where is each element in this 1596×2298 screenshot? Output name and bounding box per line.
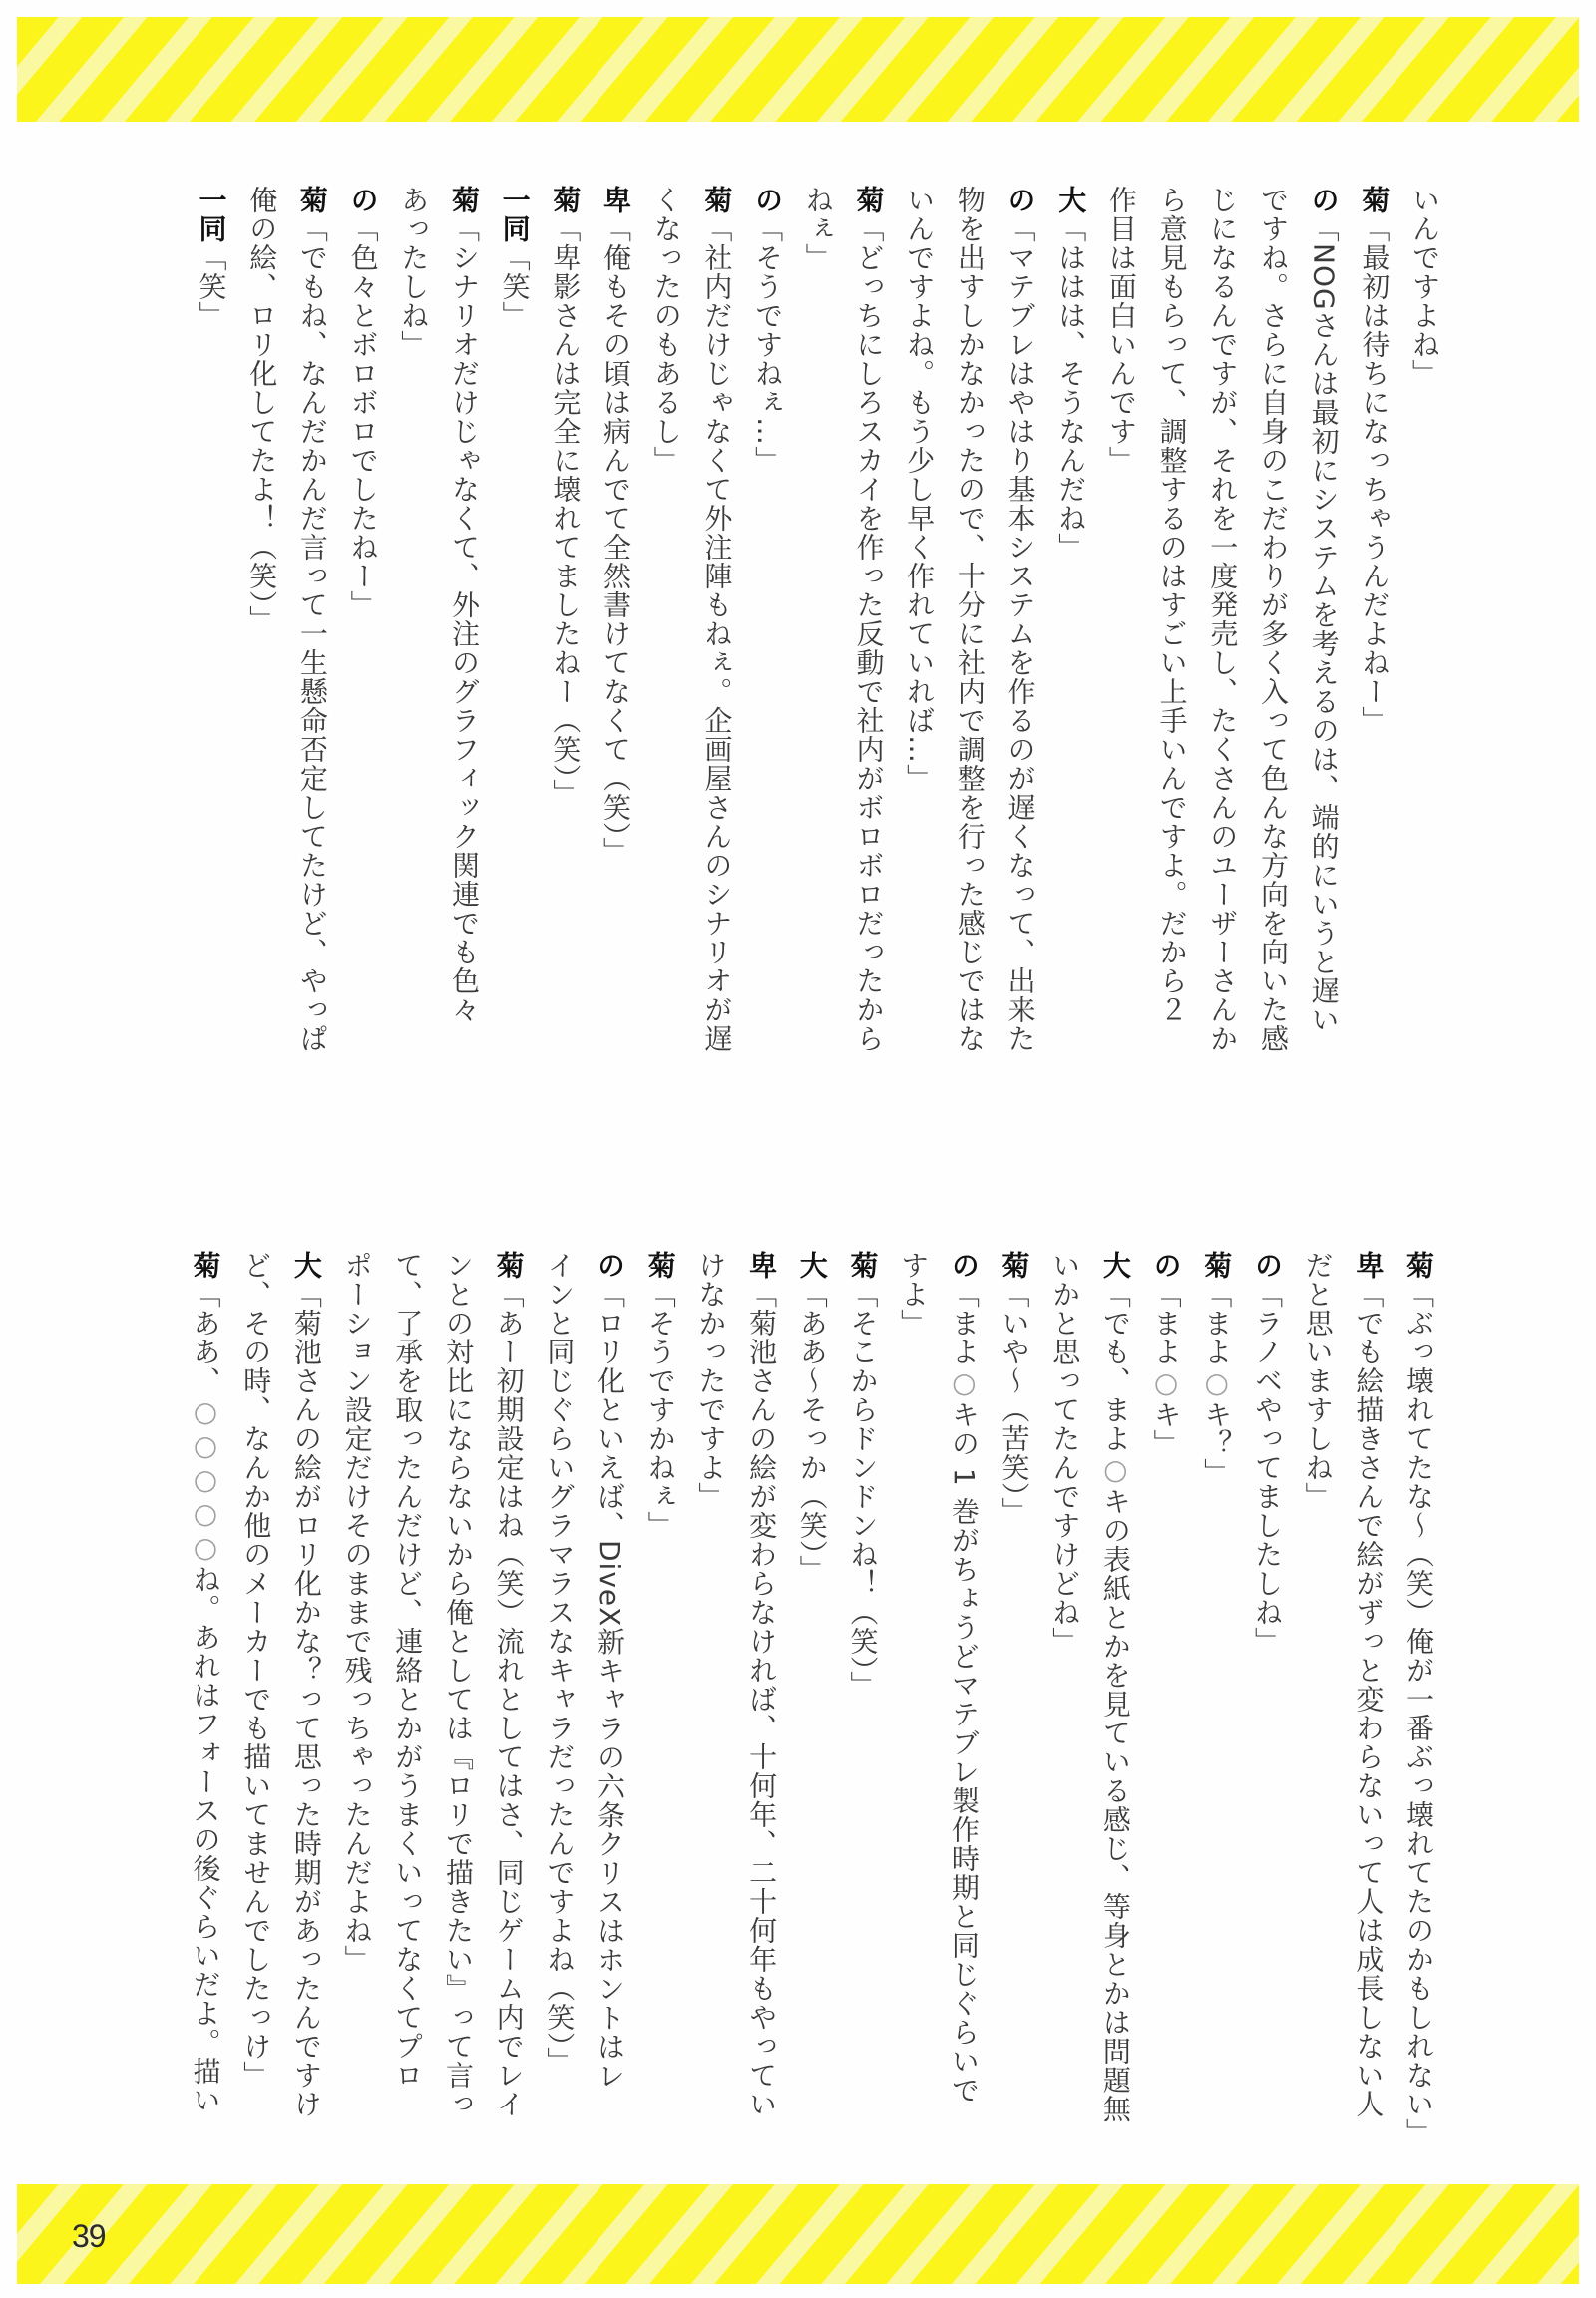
- dialogue-text: 「ラノベやってましたしね」: [1251, 1280, 1284, 1656]
- dialogue-text: 「ああ、: [190, 1280, 222, 1395]
- speaker-label: 菊: [700, 186, 733, 214]
- speaker-label: 卑: [745, 1251, 778, 1280]
- speaker-label: 一同: [499, 186, 532, 243]
- dialogue-block-bottom: 菊「ぶっ壊れてたな～（笑）俺が一番ぶっ壊れてたのかもしれない」 卑「でも絵描きさ…: [180, 1251, 1443, 2128]
- speaker-label: の: [948, 1251, 981, 1280]
- dialogue-column: じになるんですが、それを一度発売し、たくさんのユーザーさんか: [1197, 186, 1248, 1063]
- dialogue-column: 菊「そうですかねぇ」: [634, 1251, 685, 2128]
- dialogue-text: あったしね」: [397, 186, 430, 359]
- dialogue-column: ど、その時、なんか他のメーカーでも描いてませんでしたっけ」: [230, 1251, 281, 2128]
- dialogue-column: 卑「菊池さんの絵が変わらなければ、十何年、二十何年もやってい: [735, 1251, 786, 2128]
- speaker-label: 菊: [190, 1251, 222, 1280]
- speaker-label: 菊: [1200, 1251, 1233, 1280]
- dialogue-column: 菊「いや～（苦笑）」: [989, 1251, 1039, 2128]
- dialogue-column: の「ロリ化といえば、DiveX新キャラの六条クリスはホントはレ: [584, 1251, 634, 2128]
- dialogue-text: 「笑」: [499, 243, 532, 330]
- censored-mark: ○: [1200, 1366, 1233, 1400]
- dialogue-text: 「笑」: [196, 243, 228, 330]
- speaker-label: の: [1150, 1251, 1183, 1280]
- dialogue-text: 「でも、まよ: [1099, 1280, 1132, 1453]
- dialogue-text: 「ああ～そっか（笑）」: [796, 1280, 829, 1584]
- dialogue-column: いんですよね」: [1398, 186, 1449, 1063]
- dialogue-text: いかと思ってたんですけどね」: [1048, 1251, 1081, 1656]
- dialogue-text: 「社内だけじゃなくて外注陣もねぇ。企画屋さんのシナリオが遅: [700, 214, 733, 1053]
- dialogue-text: 「まよ: [948, 1280, 981, 1366]
- speaker-label: の: [1004, 186, 1037, 214]
- speaker-label: 大: [290, 1251, 323, 1280]
- dialogue-text: 「そうですねぇ…」: [751, 214, 784, 475]
- dialogue-text: ら意見もらって、調整するのはすごい上手いんですよ。だから２: [1156, 186, 1189, 1024]
- dialogue-text: 「最初は待ちになっちゃうんだよねー」: [1358, 214, 1391, 735]
- censored-mark: ○: [948, 1366, 981, 1400]
- dialogue-column: 一同「笑」: [186, 186, 236, 1063]
- dialogue-column: ポーション設定だけそのままで残っちゃったんだよね」: [331, 1251, 382, 2128]
- dialogue-text: だと思いますしね」: [1302, 1251, 1335, 1511]
- dialogue-text: キ？」: [1200, 1400, 1233, 1487]
- dialogue-column: インと同じぐらいグラマラスなキャラだったんですよね（笑）」: [534, 1251, 585, 2128]
- dialogue-column: て、了承を取ったんだけど、連絡とかがうまくいってなくてプロ: [382, 1251, 433, 2128]
- speaker-label: の: [594, 1251, 626, 1280]
- dialogue-text: けなかったですよ」: [694, 1251, 727, 1511]
- speaker-label: 菊: [852, 186, 885, 214]
- dialogue-text: ねぇ」: [802, 186, 835, 272]
- dialogue-text: 「卑影さんは完全に壊れてましたねー（笑）」: [549, 214, 582, 808]
- dialogue-column: 菊「卑影さんは完全に壊れてましたねー（笑）」: [540, 186, 591, 1063]
- dialogue-column: ねぇ」: [792, 186, 843, 1063]
- dialogue-column: 物を出すしかなかったので、十分に社内で調整を行った感じではな: [944, 186, 995, 1063]
- dialogue-text: すよ」: [897, 1251, 930, 1338]
- speaker-label: 菊: [296, 186, 329, 214]
- dialogue-column: すよ」: [887, 1251, 938, 2128]
- dialogue-text: 「NOGさんは最初にシステムを考えるのは、端的にいうと遅い: [1308, 214, 1341, 1034]
- speaker-label: 菊: [644, 1251, 677, 1280]
- dialogue-text: 「シナリオだけじゃなくて、外注のグラフィック関連でも色々: [448, 214, 481, 1024]
- dialogue-block-top: いんですよね」 菊「最初は待ちになっちゃうんだよねー」 の「NOGさんは最初にシ…: [186, 186, 1449, 1063]
- dialogue-text: 作目は面白いんです」: [1105, 186, 1138, 475]
- dialogue-text: 「色々とボロボロでしたねー」: [347, 214, 380, 619]
- dialogue-text: キの 1 巻がちょうどマテブレ製作時期と同じぐらいで: [948, 1400, 981, 2105]
- dialogue-text: ンとの対比にならないから俺としては『ロリで描きたい』って言っ: [442, 1251, 475, 2118]
- dialogue-column: いんですよね。もう少し早く作れていれば…」: [893, 186, 944, 1063]
- dialogue-text: 物を出すしかなかったので、十分に社内で調整を行った感じではな: [954, 186, 987, 1053]
- dialogue-text: 「ははは、そうなんだね」: [1054, 214, 1087, 562]
- dialogue-column: 菊「ああ、○○○○○ね。あれはフォースの後ぐらいだよ。描い: [180, 1251, 230, 2128]
- dialogue-text: 「どっちにしろスカイを作った反動で社内がボロボロだったから: [852, 214, 885, 1053]
- speaker-label: の: [751, 186, 784, 214]
- dialogue-column: ンとの対比にならないから俺としては『ロリで描きたい』って言っ: [432, 1251, 483, 2128]
- speaker-label: 卑: [1352, 1251, 1385, 1280]
- dialogue-column: の「NOGさんは最初にシステムを考えるのは、端的にいうと遅い: [1298, 186, 1349, 1063]
- dialogue-text: 「でも絵描きさんで絵がずっと変わらないって人は成長しない人: [1352, 1280, 1385, 2118]
- dialogue-text: 「まよ: [1150, 1280, 1183, 1366]
- dialogue-column: けなかったですよ」: [685, 1251, 736, 2128]
- censored-mark: ○: [1099, 1453, 1132, 1487]
- dialogue-column: 卑「でも絵描きさんで絵がずっと変わらないって人は成長しない人: [1343, 1251, 1394, 2128]
- dialogue-text: 「俺もその頃は病んでて全然書けてなくて（笑）」: [599, 214, 632, 866]
- speaker-label: 大: [1054, 186, 1087, 214]
- dialogue-text: くなったのもあるし」: [650, 186, 683, 475]
- dialogue-text: ど、その時、なんか他のメーカーでも描いてませんでしたっけ」: [239, 1251, 272, 2090]
- dialogue-text: ポーション設定だけそのままで残っちゃったんだよね」: [341, 1251, 374, 1974]
- speaker-label: 菊: [846, 1251, 879, 1280]
- dialogue-column: 菊「まよ○キ？」: [1191, 1251, 1242, 2128]
- speaker-label: 菊: [1402, 1251, 1435, 1280]
- dialogue-text: 俺の絵、ロリ化してたよ！（笑）」: [245, 186, 278, 634]
- dialogue-column: ですね。さらに自身のこだわりが多く入って色んな方向を向いた感: [1247, 186, 1298, 1063]
- speaker-label: 菊: [1358, 186, 1391, 214]
- dialogue-column: 作目は面白いんです」: [1095, 186, 1146, 1063]
- dialogue-column: の「色々とボロボロでしたねー」: [337, 186, 388, 1063]
- dialogue-column: 菊「社内だけじゃなくて外注陣もねぇ。企画屋さんのシナリオが遅: [691, 186, 742, 1063]
- dialogue-text: て、了承を取ったんだけど、連絡とかがうまくいってなくてプロ: [391, 1251, 424, 2090]
- dialogue-column: 菊「最初は待ちになっちゃうんだよねー」: [1349, 186, 1399, 1063]
- dialogue-text: インと同じぐらいグラマラスなキャラだったんですよね（笑）」: [543, 1251, 576, 2076]
- dialogue-column: 菊「そこからドンドンね！（笑）」: [837, 1251, 888, 2128]
- dialogue-column: 大「でも、まよ○キの表紙とかを見ている感じ、等身とかは問題無: [1089, 1251, 1140, 2128]
- dialogue-column: だと思いますしね」: [1292, 1251, 1343, 2128]
- dialogue-column: の「まよ○キ」: [1140, 1251, 1191, 2128]
- dialogue-text: ね。あれはフォースの後ぐらいだよ。描い: [190, 1565, 222, 2114]
- censored-mark: ○: [1150, 1366, 1183, 1400]
- dialogue-text: キ」: [1150, 1400, 1183, 1458]
- dialogue-column: 大「ははは、そうなんだね」: [1045, 186, 1096, 1063]
- dialogue-text: いんですよね」: [1408, 186, 1441, 388]
- speaker-label: 菊: [493, 1251, 526, 1280]
- speaker-label: 卑: [599, 186, 632, 214]
- speaker-label: 菊: [448, 186, 481, 214]
- dialogue-column: 大「菊池さんの絵がロリ化かな？って思った時期があったんですけ: [280, 1251, 331, 2128]
- dialogue-text: 「そうですかねぇ」: [644, 1280, 677, 1540]
- censored-mark: ○○○○○: [190, 1395, 222, 1565]
- dialogue-column: 一同「笑」: [489, 186, 540, 1063]
- dialogue-column: 菊「あー初期設定はね（笑）流れとしてはさ、同じゲーム内でレイ: [483, 1251, 534, 2128]
- dialogue-column: の「ラノベやってましたしね」: [1241, 1251, 1292, 2128]
- dialogue-text: 「菊池さんの絵がロリ化かな？って思った時期があったんですけ: [290, 1280, 323, 2118]
- dialogue-column: 俺の絵、ロリ化してたよ！（笑）」: [236, 186, 287, 1063]
- dialogue-text: 「でもね、なんだかんだ言って一生懸命否定してたけど、やっぱ: [296, 214, 329, 1053]
- dialogue-column: あったしね」: [388, 186, 439, 1063]
- dialogue-column: くなったのもあるし」: [640, 186, 691, 1063]
- dialogue-column: 菊「どっちにしろスカイを作った反動で社内がボロボロだったから: [843, 186, 894, 1063]
- dialogue-column: 菊「でもね、なんだかんだ言って一生懸命否定してたけど、やっぱ: [286, 186, 337, 1063]
- dialogue-column: の「まよ○キの 1 巻がちょうどマテブレ製作時期と同じぐらいで: [938, 1251, 989, 2128]
- dialogue-column: ら意見もらって、調整するのはすごい上手いんですよ。だから２: [1146, 186, 1197, 1063]
- page-number: 39: [72, 2218, 106, 2255]
- speaker-label: 一同: [196, 186, 228, 243]
- dialogue-text: ですね。さらに自身のこだわりが多く入って色んな方向を向いた感: [1257, 186, 1290, 1053]
- dialogue-column: いかと思ってたんですけどね」: [1039, 1251, 1090, 2128]
- dialogue-column: 菊「シナリオだけじゃなくて、外注のグラフィック関連でも色々: [438, 186, 489, 1063]
- dialogue-text: 「いや～（苦笑）」: [998, 1280, 1031, 1526]
- dialogue-column: 卑「俺もその頃は病んでて全然書けてなくて（笑）」: [590, 186, 640, 1063]
- dialogue-text: 「ロリ化といえば、DiveX新キャラの六条クリスはホントはレ: [594, 1280, 626, 2090]
- dialogue-text: 「菊池さんの絵が変わらなければ、十何年、二十何年もやってい: [745, 1280, 778, 2118]
- dialogue-text: 「ぶっ壊れてたな～（笑）俺が一番ぶっ壊れてたのかもしれない」: [1402, 1280, 1435, 2147]
- speaker-label: の: [347, 186, 380, 214]
- dialogue-text: いんですよね。もう少し早く作れていれば…」: [903, 186, 936, 793]
- dialogue-text: 「まよ: [1200, 1280, 1233, 1366]
- dialogue-column: の「マテブレはやはり基本システムを作るのが遅くなって、出来た: [995, 186, 1045, 1063]
- dialogue-column: 菊「ぶっ壊れてたな～（笑）俺が一番ぶっ壊れてたのかもしれない」: [1393, 1251, 1443, 2128]
- dialogue-text: 「あー初期設定はね（笑）流れとしてはさ、同じゲーム内でレイ: [493, 1280, 526, 2118]
- speaker-label: 菊: [549, 186, 582, 214]
- dialogue-column: の「そうですねぇ…」: [741, 186, 792, 1063]
- speaker-label: の: [1308, 186, 1341, 214]
- dialogue-text: 「マテブレはやはり基本システムを作るのが遅くなって、出来た: [1004, 214, 1037, 1053]
- speaker-label: 大: [1099, 1251, 1132, 1280]
- header-stripe-band: [17, 17, 1579, 122]
- footer-stripe-band: [17, 2184, 1579, 2284]
- speaker-label: 菊: [998, 1251, 1031, 1280]
- dialogue-text: キの表紙とかを見ている感じ、等身とかは問題無: [1099, 1487, 1132, 2123]
- speaker-label: の: [1251, 1251, 1284, 1280]
- dialogue-text: 「そこからドンドンね！（笑）」: [846, 1280, 879, 1700]
- dialogue-text: じになるんですが、それを一度発売し、たくさんのユーザーさんか: [1206, 186, 1239, 1053]
- dialogue-column: 大「ああ～そっか（笑）」: [786, 1251, 837, 2128]
- speaker-label: 大: [796, 1251, 829, 1280]
